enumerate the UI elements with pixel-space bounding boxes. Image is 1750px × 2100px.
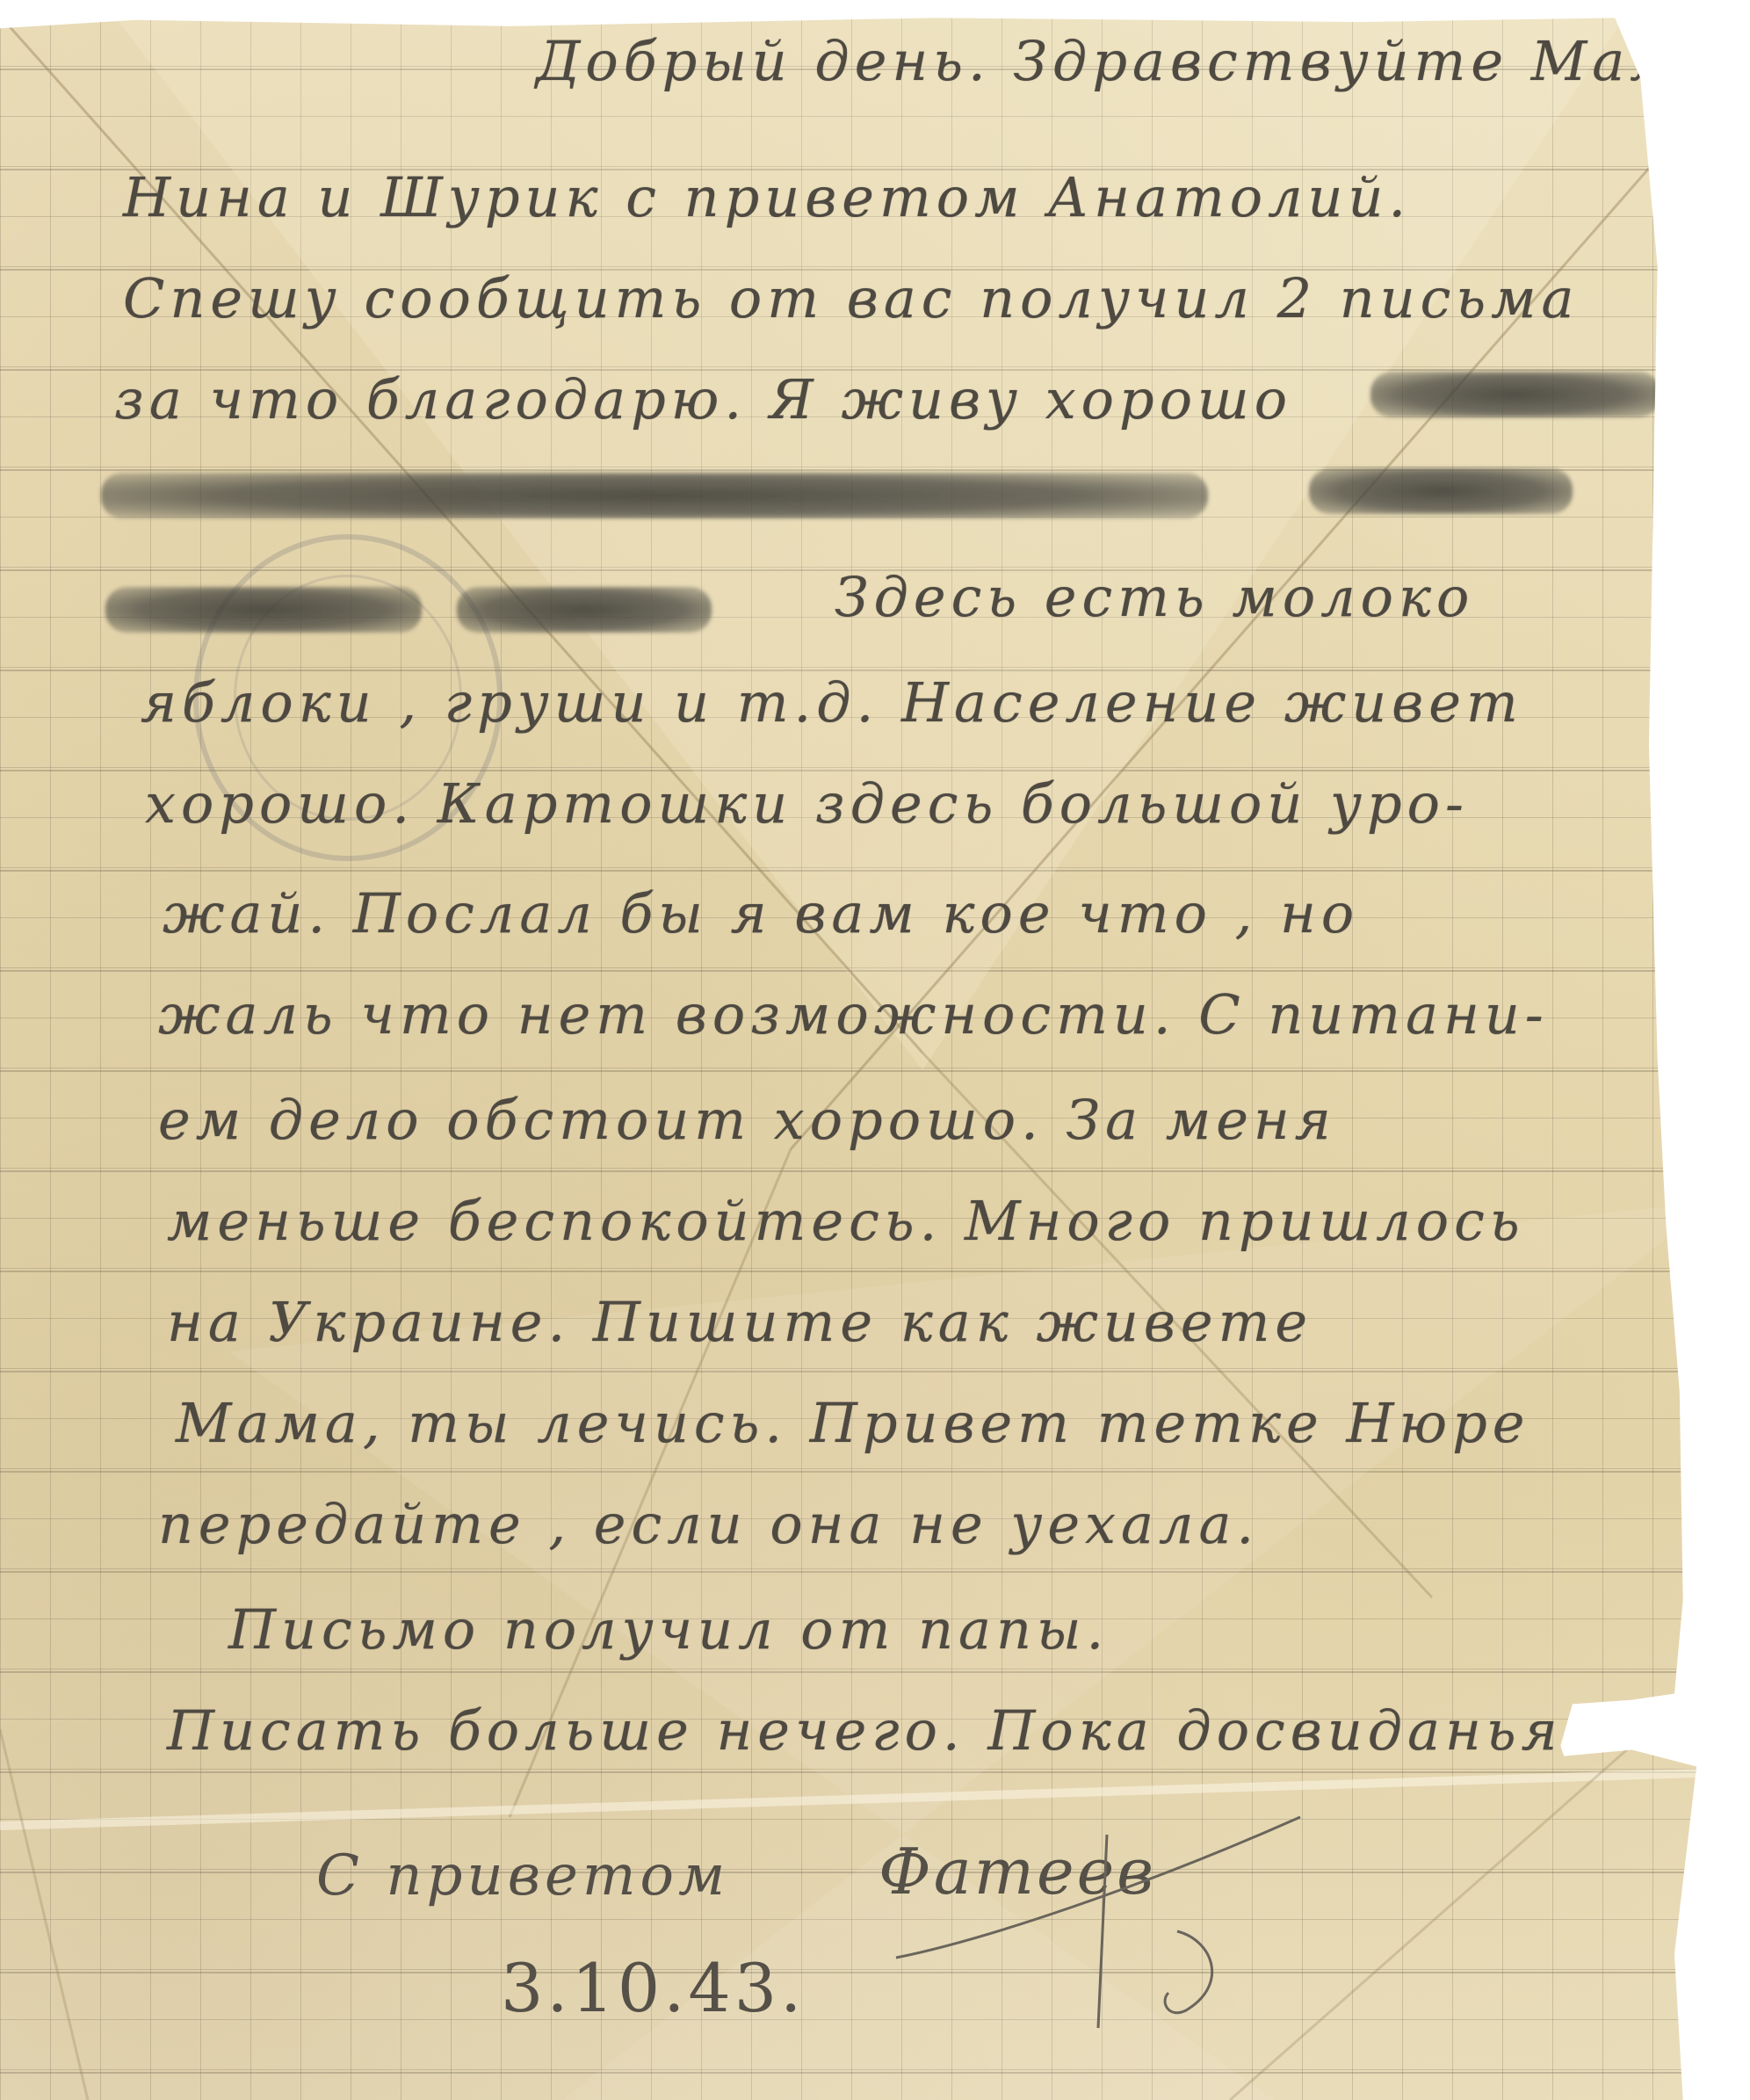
redaction-2 <box>101 473 1208 518</box>
letter-line-18: Писать больше нечего. Пока досвиданья <box>167 1698 1563 1763</box>
redaction-5 <box>457 587 712 633</box>
letter-line-15: Мама, ты лечись. Привет тетке Нюре <box>176 1391 1529 1455</box>
redaction-3 <box>1309 468 1573 514</box>
letter-line-8: яблоки , груши и т.д. Население живет <box>141 670 1523 735</box>
letter-line-17: Письмо получил от папы. <box>228 1597 1109 1662</box>
closing-text: С приветом <box>316 1843 729 1908</box>
letter-line-3: Спешу сообщить от вас получил 2 письма <box>123 266 1579 330</box>
letter-line-10: жай. Послал бы я вам кое что , но <box>163 881 1359 945</box>
letter-line-2: Нина и Шурик с приветом Анатолий. <box>123 165 1411 229</box>
letter-line-13: меньше беспокойтесь. Много пришлось <box>167 1189 1525 1253</box>
letter-date: 3.10.43. <box>501 1949 805 2027</box>
letter-line-7: Здесь есть молоко <box>835 565 1474 629</box>
letter-line-12: ем дело обстоит хорошо. За меня <box>158 1088 1336 1152</box>
letter-line-16: передайте , если она не уехала. <box>158 1492 1259 1556</box>
letter-line-11: жаль что нет возможности. С питани- <box>158 982 1549 1046</box>
letter-line-1: Добрый день. Здравствуйте Мама <box>536 29 1718 93</box>
letter-line-14: на Украине. Пишите как живете <box>167 1290 1312 1354</box>
letter-paper: Добрый день. Здравствуйте Мама Нина и Шу… <box>0 16 1700 2100</box>
letter-line-4: за что благодарю. Я живу хорошо <box>114 367 1292 431</box>
redaction-1 <box>1370 372 1660 417</box>
redaction-4 <box>105 587 422 633</box>
signature-flourish <box>879 1782 1318 2046</box>
letter-line-9: хорошо. Картошки здесь большой уро- <box>145 771 1469 836</box>
